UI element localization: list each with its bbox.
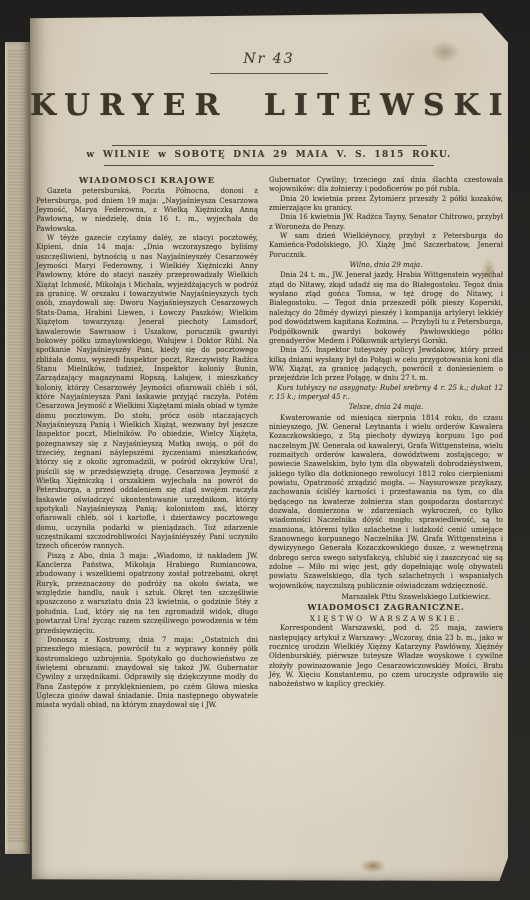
left-column: WIADOMOSCI KRAJOWEGazeta petersburská, P… [36, 176, 258, 711]
body-paragraph: Dnia 20 kwietnia przez Żytomierz przeszł… [269, 195, 503, 214]
body-paragraph: Dnia 24 t. m., JW. Jenerał jazdy, Hrabia… [269, 271, 503, 346]
body-paragraph: Dnia 16 kwietnia JW. Radźca Tayny, Senat… [269, 213, 503, 232]
dateline-block: w WILNIE w SOBOTĘ DNIA 29 MAIA V. S. 181… [30, 145, 508, 166]
body-paragraph: Donoszą z Kostromy, dnia 7 maja: „Ostatn… [36, 636, 258, 711]
dateline-wilno: Wilno, dnia 29 maja. [269, 261, 503, 270]
exchange-rates: Kurs tutéyszy na assygnaty: Rubel srebrn… [269, 384, 503, 403]
scanned-newspaper: Nr 43 KURYER LITEWSKI w WILNIE w SOBOTĘ … [0, 0, 530, 900]
body-paragraph: Gazeta petersburská, Poczta Północna, do… [36, 187, 258, 234]
signature-line: Marszałek Pttu Szawelskiego Lutkiewicz. [269, 592, 503, 601]
body-paragraph: Dnia 25. Inspektor tuteyszéy policyi Jew… [269, 346, 503, 383]
body-columns: WIADOMOSCI KRAJOWEGazeta petersburská, P… [30, 166, 508, 711]
subsection-warsaw: XIĘSTWO WARSZAWSKIE. [269, 614, 503, 623]
dateline-telsze: Telsze, dnia 24 maja. [269, 403, 503, 412]
body-paragraph: Kwaterowanie od miesiąca sierpnia 1814 r… [269, 414, 503, 592]
issue-number: Nr 43 [30, 51, 508, 67]
adjacent-page-edge [5, 42, 30, 854]
paper-stain [360, 859, 386, 873]
masthead: Nr 43 KURYER LITEWSKI w WILNIE w SOBOTĘ … [30, 13, 508, 166]
body-paragraph: W sam dzień Wielkiéynocy, przybył z Pete… [269, 232, 503, 260]
section-heading-foreign: WIADOMOSCI ZAGRANICZNE. [269, 603, 503, 612]
issue-number-rule [210, 73, 328, 74]
body-paragraph: Piszą z Abo, dnia 3 maja: „Wiadomo, iż n… [36, 552, 258, 636]
section-heading-domestic: WIADOMOSCI KRAJOWE [36, 176, 258, 185]
newspaper-page: Nr 43 KURYER LITEWSKI w WILNIE w SOBOTĘ … [30, 13, 508, 881]
body-paragraph: Korrespondent Warszawski, pod d. 25 maja… [269, 624, 503, 689]
newspaper-title: KURYER LITEWSKI [30, 88, 508, 123]
dateline-rule-top [112, 145, 427, 146]
publication-dateline: w WILNIE w SOBOTĘ DNIA 29 MAIA V. S. 181… [30, 150, 508, 160]
body-paragraph: W téyże gazecie czytamy daléy, ze stacyi… [36, 234, 258, 552]
body-paragraph: Gubernator Cywilny; trzeciego zaś dnia ś… [269, 176, 503, 195]
right-column: Gubernator Cywilny; trzeciego zaś dnia ś… [269, 176, 503, 711]
